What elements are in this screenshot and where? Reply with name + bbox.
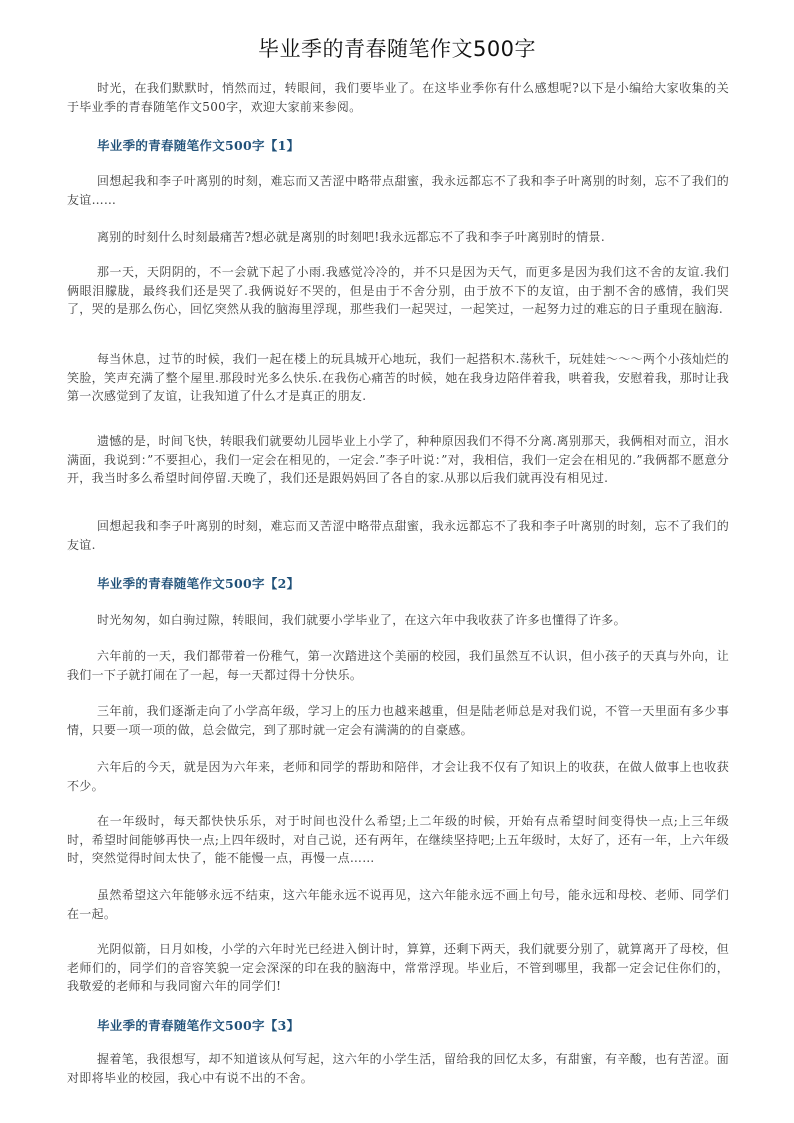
paragraph: 光阴似箭，日月如梭，小学的六年时光已经进入倒计时，算算，还剩下两天，我们就要分别… <box>67 940 729 996</box>
paragraph: 在一年级时，每天都快快乐乐，对于时间也没什么希望;上二年级的时候，开始有点希望时… <box>67 812 729 868</box>
section-heading-3: 毕业季的青春随笔作文500字【3】 <box>97 1016 299 1034</box>
paragraph: 时光匆匆，如白驹过隙，转眼间，我们就要小学毕业了，在这六年中我收获了许多也懂得了… <box>67 611 729 630</box>
paragraph: 回想起我和李子叶离别的时刻，难忘而又苦涩中略带点甜蜜，我永远都忘不了我和李子叶离… <box>67 172 729 209</box>
section-heading-1: 毕业季的青春随笔作文500字【1】 <box>97 136 299 154</box>
paragraph: 遗憾的是，时间飞快，转眼我们就要幼儿园毕业上小学了，种种原因我们不得不分离.离别… <box>67 432 729 488</box>
section-heading-2: 毕业季的青春随笔作文500字【2】 <box>97 574 299 592</box>
paragraph: 回想起我和李子叶离别的时刻，难忘而又苦涩中略带点甜蜜，我永远都忘不了我和李子叶离… <box>67 517 729 554</box>
document-title: 毕业季的青春随笔作文500字 <box>0 33 794 63</box>
paragraph: 离别的时刻什么时刻最痛苦?想必就是离别的时刻吧!我永远都忘不了我和李子叶离别时的… <box>67 228 729 247</box>
paragraph: 虽然希望这六年能够永远不结束，这六年能永远不说再见，这六年能永远不画上句号，能永… <box>67 886 729 923</box>
paragraph: 六年后的今天，就是因为六年来，老师和同学的帮助和陪伴，才会让我不仅有了知识上的收… <box>67 758 729 795</box>
paragraph: 握着笔，我很想写，却不知道该从何写起，这六年的小学生活，留给我的回忆太多，有甜蜜… <box>67 1050 729 1087</box>
intro-paragraph: 时光，在我们默默时，悄然而过，转眼间，我们要毕业了。在这毕业季你有什么感想呢?以… <box>67 79 729 116</box>
paragraph: 每当休息，过节的时候，我们一起在楼上的玩具城开心地玩，我们一起搭积木.荡秋千，玩… <box>67 350 729 406</box>
document-page: 毕业季的青春随笔作文500字 时光，在我们默默时，悄然而过，转眼间，我们要毕业了… <box>0 0 794 1123</box>
paragraph: 三年前，我们逐渐走向了小学高年级，学习上的压力也越来越重，但是陆老师总是对我们说… <box>67 702 729 739</box>
paragraph: 六年前的一天，我们都带着一份稚气，第一次踏进这个美丽的校园，我们虽然互不认识，但… <box>67 647 729 684</box>
paragraph: 那一天，天阴阴的，不一会就下起了小雨.我感觉冷冷的，并不只是因为天气，而更多是因… <box>67 263 729 319</box>
